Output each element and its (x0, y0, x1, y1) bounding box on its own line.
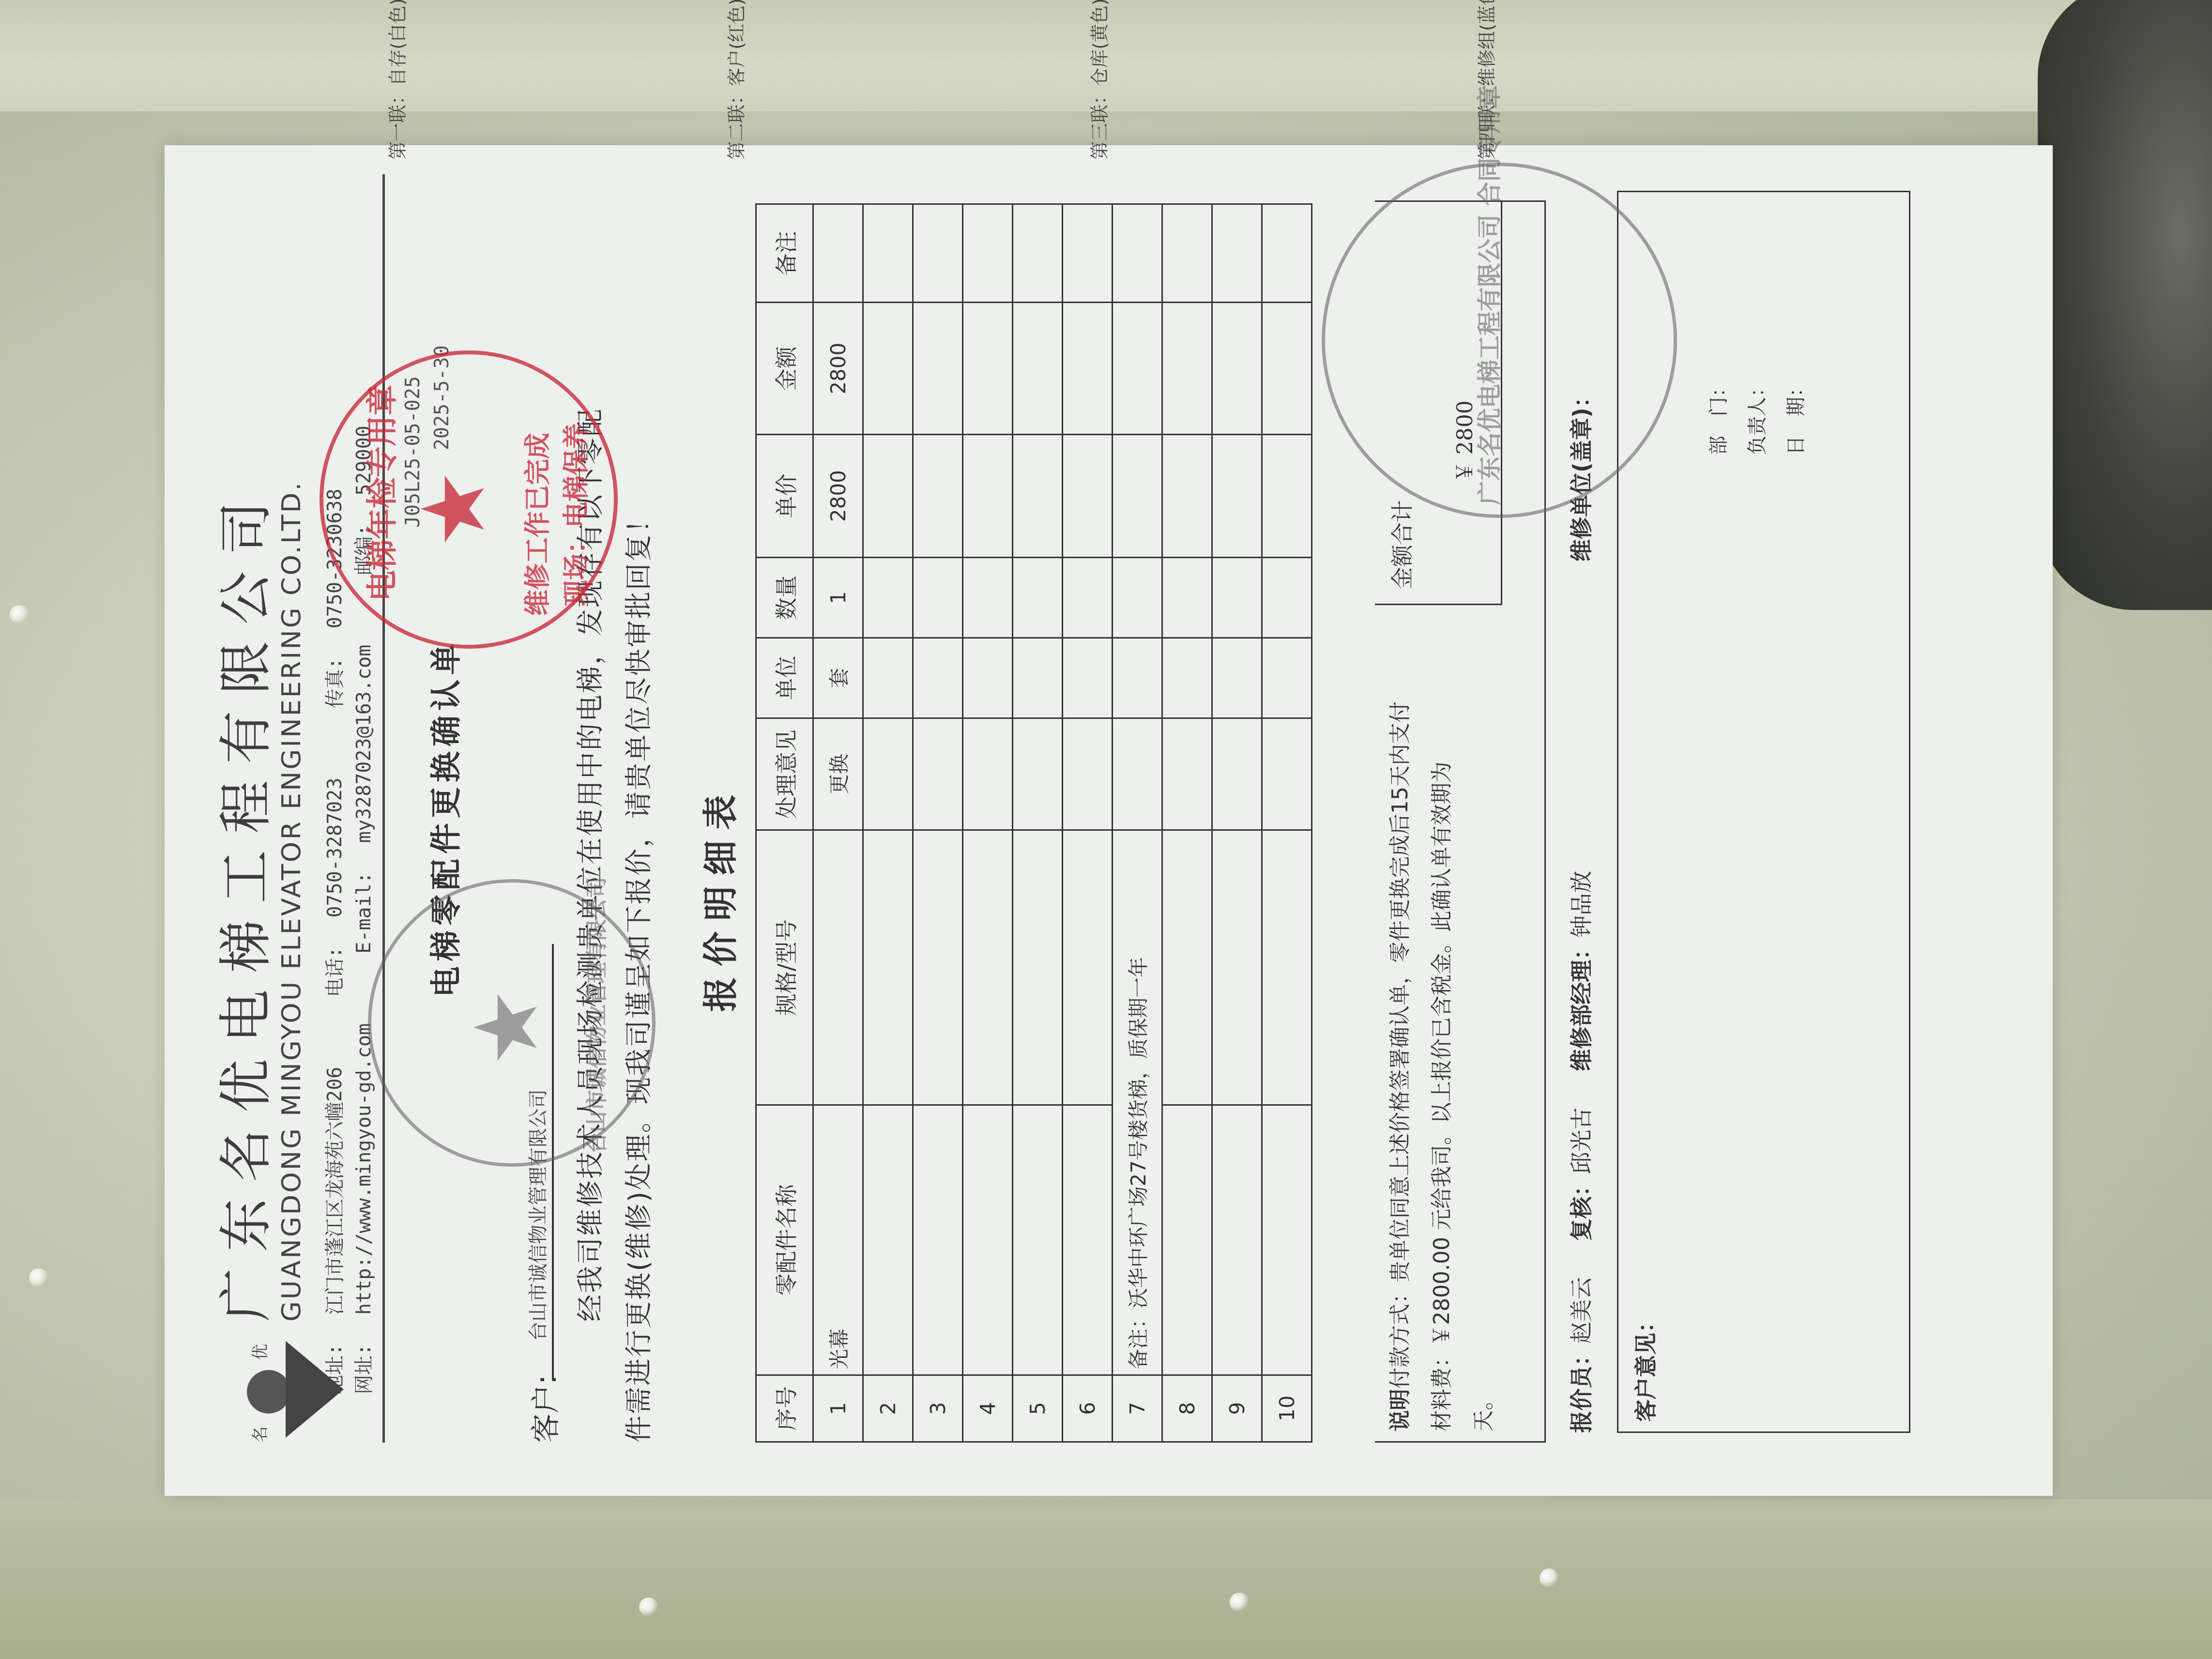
header-part-name: 零配件名称 (756, 1105, 813, 1375)
cell-unit (1262, 638, 1312, 718)
cell-note (1262, 204, 1312, 303)
cell-amount (1262, 303, 1312, 435)
cell-unit-price (863, 434, 913, 557)
cell-no: 9 (1212, 1375, 1262, 1442)
glass-bubble (639, 1598, 658, 1617)
header-no: 序号 (756, 1375, 813, 1442)
header-amount: 金额 (756, 303, 813, 435)
cell-qty: 1 (813, 557, 863, 638)
address-label: 地址: (324, 1344, 346, 1394)
table-row: 5 (1013, 204, 1063, 1442)
website: http://www.mingyou-gd.com (353, 1023, 375, 1315)
star-icon: ★ (463, 989, 550, 1066)
cell-amount (1162, 303, 1212, 435)
cell-unit (913, 638, 963, 718)
cell-amount (1113, 303, 1162, 435)
date-label: 日 期： (1777, 378, 1815, 455)
customer-company-stamp: ★ 台山市诚信物业管理有限公司 (368, 879, 656, 1167)
glass-bubble (1540, 1568, 1559, 1588)
table-row: 1光幕更换套128002800 (813, 204, 863, 1442)
customer-signoff: 部 门： 负责人： 日 期： (1699, 378, 1815, 455)
header-unit-price: 单价 (756, 434, 813, 557)
red-stamp-line: 现场：电梯保养 (556, 423, 593, 606)
cell-unit-price: 2800 (813, 434, 863, 557)
company-name-cn: 广东名优电梯工程有限公司 (203, 485, 280, 1322)
star-icon: ★ (411, 470, 498, 548)
cell-unit (1113, 638, 1162, 718)
glass-bubble (1230, 1593, 1249, 1612)
table-row: 2 (863, 204, 913, 1442)
glass-table-background-bottom (0, 1499, 2212, 1659)
cell-spec (963, 830, 1013, 1105)
quote-document: 名 优 广东名优电梯工程有限公司 GUANGDONG MINGYOU ELEVA… (165, 145, 2053, 1496)
cell-note (1162, 204, 1212, 303)
cell-unit (1013, 638, 1063, 718)
red-stamp-line: 维修工作已完成 (517, 433, 554, 616)
cell-action (963, 718, 1013, 830)
cell-qty (1063, 557, 1113, 638)
fax-label: 传真: (324, 657, 346, 708)
cell-qty (913, 557, 963, 638)
customer-label: 客户: (523, 1375, 564, 1443)
cell-action (1113, 718, 1162, 830)
person-label: 负责人： (1738, 378, 1777, 455)
cell-amount (863, 303, 913, 435)
cell-part-name (1162, 1105, 1212, 1375)
cell-part-name: 备注：沃华中环广场27号楼货梯，质保期一年 (1113, 830, 1162, 1375)
logo-tag: 名 (247, 1426, 271, 1443)
address: 江门市蓬江区龙海苑六幢206 (324, 1067, 346, 1315)
reviewer-name: 邱光古 (1568, 1107, 1594, 1174)
header-action: 处理意见 (756, 718, 813, 830)
cell-action (1162, 718, 1212, 830)
cell-spec (1262, 830, 1312, 1105)
cell-note (1013, 204, 1063, 303)
cell-action (1013, 718, 1063, 830)
header-spec: 规格/型号 (756, 830, 813, 1105)
cell-part-name: 光幕 (813, 1105, 863, 1375)
cell-unit: 套 (813, 638, 863, 718)
quote-table: 序号 零配件名称 规格/型号 处理意见 单位 数量 单价 金额 备注 1光幕更换… (755, 203, 1312, 1443)
copy-label: 第二联：客户(红色) (721, 0, 748, 160)
cell-amount (913, 303, 963, 435)
copy-labels: 第一联：自存(白色) 第二联：客户(红色) 第三联：仓库(黄色) 第四联：维修组… (382, 145, 1835, 189)
cell-qty (863, 557, 913, 638)
cell-unit-price (1212, 434, 1262, 557)
cell-no: 8 (1162, 1375, 1212, 1442)
cell-unit-price (913, 434, 963, 557)
cell-spec (913, 830, 963, 1105)
table-row: 6 (1063, 204, 1113, 1442)
cell-action (913, 718, 963, 830)
cell-spec (1212, 830, 1262, 1105)
cell-action (1063, 718, 1113, 830)
cell-spec (1013, 830, 1063, 1105)
cell-no: 6 (1063, 1375, 1113, 1442)
quoter-label: 报价员： (1568, 1344, 1594, 1433)
cell-unit (1162, 638, 1212, 718)
header-note: 备注 (756, 204, 813, 303)
table-row: 10 (1262, 204, 1312, 1442)
table-row: 4 (963, 204, 1013, 1442)
cell-unit-price (1063, 434, 1113, 557)
cell-no: 1 (813, 1375, 863, 1442)
cell-unit-price (1113, 434, 1162, 557)
cell-part-name (1212, 1105, 1262, 1375)
phone: 0750-3287023 (324, 777, 346, 917)
cell-part-name (1063, 1105, 1113, 1375)
glass-bubble (10, 605, 29, 624)
cell-qty (1113, 557, 1162, 638)
customer-stamp-text: 台山市诚信物业管理有限公司 (580, 877, 610, 1154)
cell-part-name (1013, 1105, 1063, 1375)
cell-note (1212, 204, 1262, 303)
explanation-line-2: 材料费：￥2800.00 元给我司。以上报价已含税金。此确认单有效期为 (1430, 761, 1454, 1431)
cell-action (863, 718, 913, 830)
red-inspection-stamp: ★ 电梯年检专用章 维修工作已完成 现场：电梯保养 (320, 350, 618, 649)
cell-no: 10 (1262, 1375, 1312, 1442)
cell-amount (1063, 303, 1113, 435)
coffee-mug (2038, 0, 2212, 610)
cell-unit-price (1262, 434, 1312, 557)
dept-label: 部 门： (1699, 378, 1738, 455)
table-row: 3 (913, 204, 963, 1442)
cell-action (1212, 718, 1262, 830)
contract-stamp-text: 广东名优电梯工程有限公司 合同专用章 (1470, 85, 1505, 505)
quote-table-header: 序号 零配件名称 规格/型号 处理意见 单位 数量 单价 金额 备注 (756, 204, 813, 1442)
cell-part-name (1262, 1105, 1312, 1375)
quoter-name: 赵美云 (1568, 1277, 1594, 1344)
cell-spec (1162, 830, 1212, 1105)
red-stamp-text: 电梯年检专用章 (357, 384, 402, 601)
cell-amount (1013, 303, 1063, 435)
cell-unit (1063, 638, 1113, 718)
copy-label: 第一联：自存(白色) (382, 0, 409, 160)
cell-note (863, 204, 913, 303)
table-row: 9 (1212, 204, 1262, 1442)
manager-name: 钟品放 (1568, 871, 1594, 938)
cell-unit (863, 638, 913, 718)
cell-unit (963, 638, 1013, 718)
cell-no: 7 (1113, 1375, 1162, 1442)
reviewer-label: 复核： (1568, 1174, 1594, 1241)
cell-amount (1212, 303, 1262, 435)
cell-no: 5 (1013, 1375, 1063, 1442)
cell-action: 更换 (813, 718, 863, 830)
cell-part-name (963, 1105, 1013, 1375)
cell-no: 4 (963, 1375, 1013, 1442)
cell-amount: 2800 (813, 303, 863, 435)
website-label: 网址: (353, 1344, 375, 1394)
letterhead: 名 优 广东名优电梯工程有限公司 GUANGDONG MINGYOU ELEVA… (165, 160, 378, 1443)
phone-label: 电话: (324, 946, 346, 997)
cell-note (1063, 204, 1113, 303)
cell-no: 2 (863, 1375, 913, 1442)
cell-note (913, 204, 963, 303)
table-row: 7备注：沃华中环广场27号楼货梯，质保期一年 (1113, 204, 1162, 1442)
explanation-line-1: 付款方式：贵单位同意上述价格签署确认单，零件更换完成后15天内支付 (1388, 701, 1413, 1389)
table-row: 8 (1162, 204, 1212, 1442)
logo-ball-icon (247, 1370, 290, 1414)
cell-qty (1162, 557, 1212, 638)
cell-action (1262, 718, 1312, 830)
cell-part-name (863, 1105, 913, 1375)
cell-unit-price (963, 434, 1013, 557)
cell-note (1113, 204, 1162, 303)
email: my3287023@163.com (353, 645, 375, 843)
cell-qty (1212, 557, 1262, 638)
contract-seal-stamp: 广东名优电梯工程有限公司 合同专用章 (1322, 163, 1677, 518)
cell-amount (963, 303, 1013, 435)
cell-note (813, 204, 863, 303)
copy-label: 第三联：仓库(黄色) (1084, 0, 1111, 160)
cell-part-name (913, 1105, 963, 1375)
explanation-label: 说明 (1388, 1389, 1413, 1431)
email-label: E-mail: (353, 872, 375, 954)
cell-spec (813, 830, 863, 1105)
cell-qty (1013, 557, 1063, 638)
header-unit: 单位 (756, 638, 813, 718)
header-divider (382, 174, 385, 1443)
explanation-line-3: 天。 (1471, 1389, 1496, 1431)
cell-spec (1063, 830, 1113, 1105)
cell-qty (963, 557, 1013, 638)
cell-unit (1212, 638, 1262, 718)
cell-unit-price (1013, 434, 1063, 557)
cell-unit-price (1162, 434, 1212, 557)
customer-opinion-label: 客户意见： (1628, 1310, 1660, 1422)
cell-no: 3 (913, 1375, 963, 1442)
cell-spec (863, 830, 913, 1105)
company-name-en: GUANGDONG MINGYOU ELEVATOR ENGINEERING C… (276, 481, 306, 1322)
cell-note (963, 204, 1013, 303)
manager-label: 维修部经理： (1568, 938, 1594, 1071)
header-qty: 数量 (756, 557, 813, 638)
total-label: 金额合计 (1385, 500, 1417, 589)
glass-bubble (29, 1268, 48, 1288)
cell-qty (1262, 557, 1312, 638)
logo-tag: 优 (247, 1344, 271, 1360)
quote-table-title: 报价明细表 (692, 784, 743, 1012)
